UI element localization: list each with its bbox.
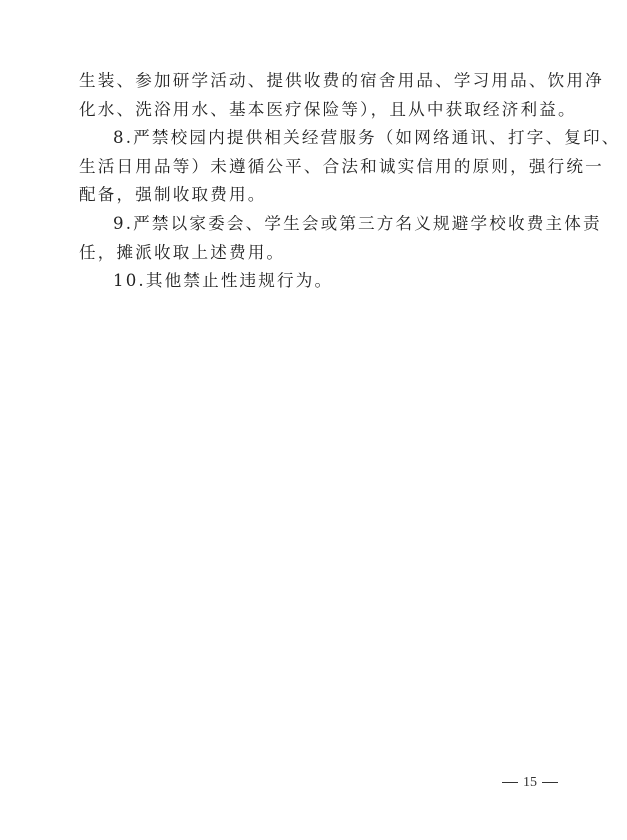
em-dash-left-icon <box>502 782 518 783</box>
document-body: 生装、参加研学活动、提供收费的宿舍用品、学习用品、饮用净 化水、洗浴用水、基本医… <box>79 67 553 296</box>
page-number-footer: 15 <box>497 773 563 793</box>
list-item-8-line-3: 配备，强制收取费用。 <box>79 181 553 210</box>
text-line-continued-item: 生装、参加研学活动、提供收费的宿舍用品、学习用品、饮用净 <box>79 67 553 96</box>
list-item-8-line-2: 生活日用品等）未遵循公平、合法和诚实信用的原则，强行统一 <box>79 153 553 182</box>
document-page: 生装、参加研学活动、提供收费的宿舍用品、学习用品、饮用净 化水、洗浴用水、基本医… <box>0 0 627 840</box>
list-item-8-line-1: 8.严禁校园内提供相关经营服务（如网络通讯、打字、复印、 <box>79 124 553 153</box>
em-dash-right-icon <box>542 782 558 783</box>
list-item-9-line-2: 任，摊派收取上述费用。 <box>79 239 553 268</box>
page-number: 15 <box>523 775 537 790</box>
text-line-continued-item: 化水、洗浴用水、基本医疗保险等），且从中获取经济利益。 <box>79 96 553 125</box>
list-item-9-line-1: 9.严禁以家委会、学生会或第三方名义规避学校收费主体责 <box>79 210 553 239</box>
list-item-10-line-1: 10.其他禁止性违规行为。 <box>79 267 553 296</box>
